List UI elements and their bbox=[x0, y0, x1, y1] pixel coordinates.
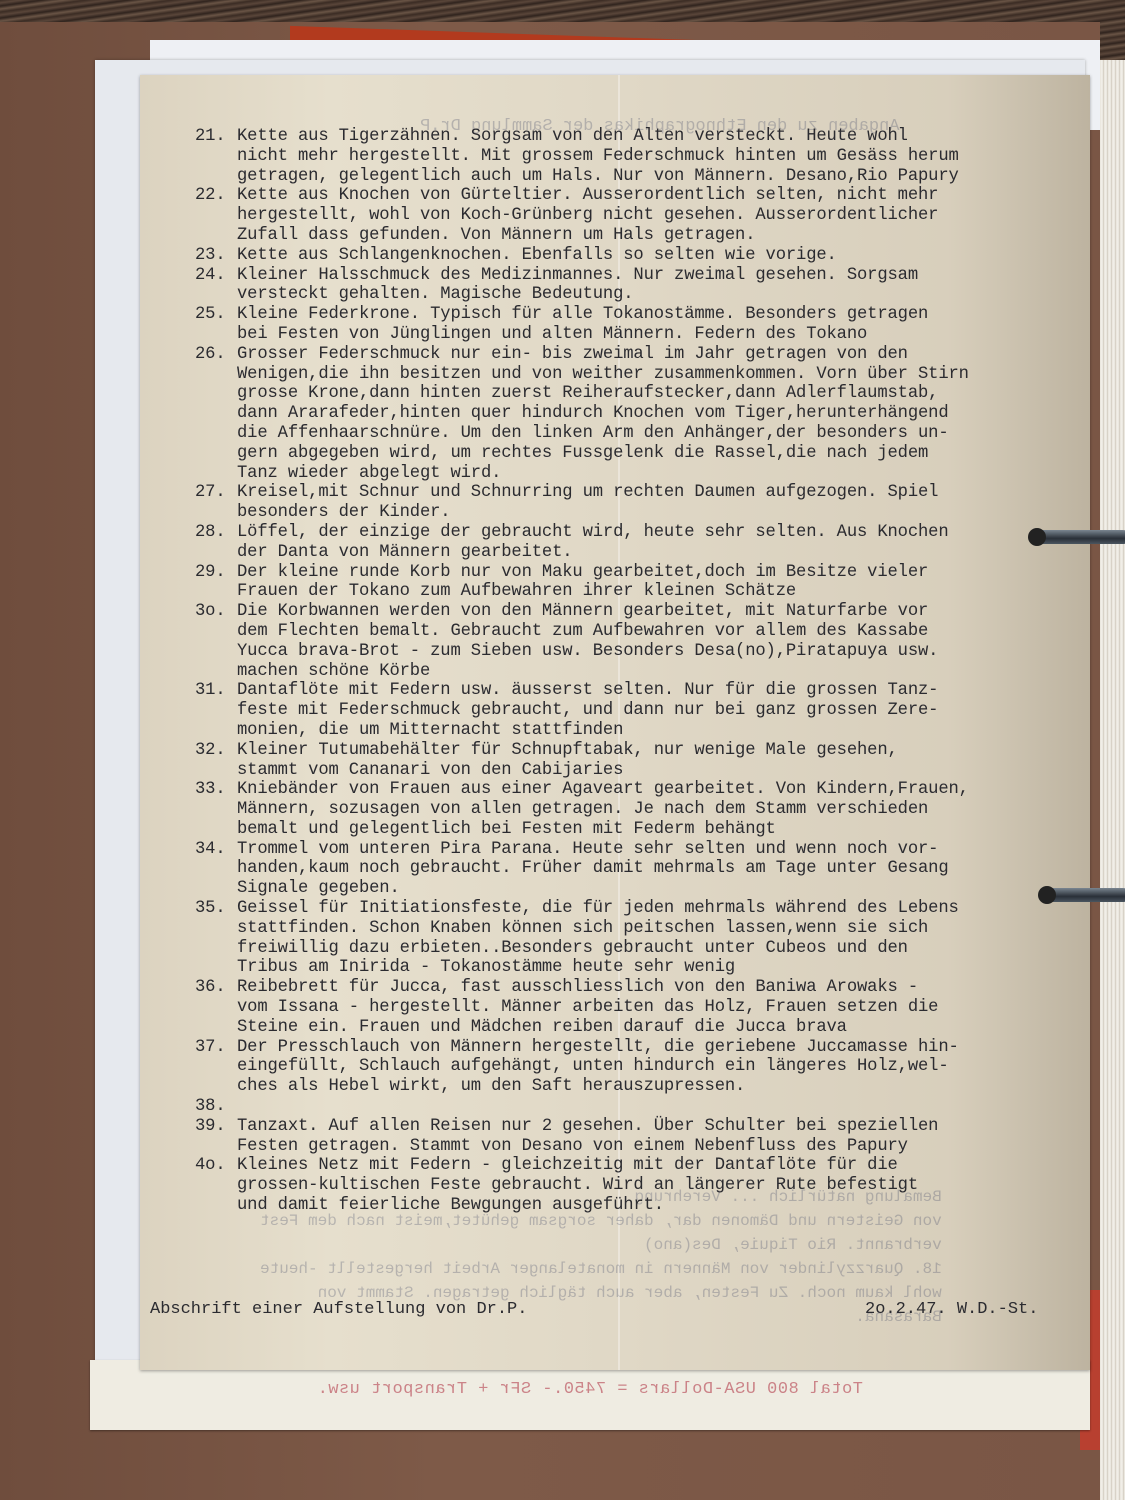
entry-number: 34. bbox=[195, 840, 237, 899]
entry-line: Kleiner Halsschmuck des Medizinmannes. N… bbox=[237, 266, 1095, 286]
entry-line: Geissel für Initiationsfeste, die für je… bbox=[237, 899, 1095, 919]
entry-line: Tribus am Inirida - Tokanostämme heute s… bbox=[237, 958, 1095, 978]
list-item: 4o.Kleines Netz mit Federn - gleichzeiti… bbox=[195, 1156, 1095, 1215]
entry-line: Kleiner Tutumabehälter für Schnupftabak,… bbox=[237, 741, 1095, 761]
entry-line: der Danta von Männern gearbeitet. bbox=[237, 543, 1095, 563]
entry-line: Kette aus Schlangenknochen. Ebenfalls so… bbox=[237, 246, 1095, 266]
entry-line: Steine ein. Frauen und Mädchen reiben da… bbox=[237, 1018, 1095, 1038]
list-item: 28.Löffel, der einzige der gebraucht wir… bbox=[195, 523, 1095, 563]
stacked-page-edges bbox=[1100, 60, 1125, 1500]
list-item: 36.Reibebrett für Jucca, fast ausschlies… bbox=[195, 978, 1095, 1037]
list-item: 34.Trommel vom unteren Pira Parana. Heut… bbox=[195, 840, 1095, 899]
entry-number: 37. bbox=[195, 1038, 237, 1097]
entry-number: 36. bbox=[195, 978, 237, 1037]
entry-line: dann Ararafeder,hinten quer hindurch Kno… bbox=[237, 404, 1095, 424]
entry-line: Männern, sozusagen von allen getragen. J… bbox=[237, 800, 1095, 820]
entry-number: 39. bbox=[195, 1117, 237, 1157]
list-item: 21.Kette aus Tigerzähnen. Sorgsam von de… bbox=[195, 127, 1095, 186]
list-item: 35.Geissel für Initiationsfeste, die für… bbox=[195, 899, 1095, 978]
entry-line: dem Flechten bemalt. Gebraucht zum Aufbe… bbox=[237, 622, 1095, 642]
entry-number: 4o. bbox=[195, 1156, 237, 1215]
entry-line: Wenigen,die ihn besitzen und von weither… bbox=[237, 365, 1095, 385]
list-item: 3o.Die Korbwannen werden von den Männern… bbox=[195, 602, 1095, 681]
entry-number: 3o. bbox=[195, 602, 237, 681]
entry-number: 22. bbox=[195, 186, 237, 245]
entry-number: 27. bbox=[195, 483, 237, 523]
list-item: 29.Der kleine runde Korb nur von Maku ge… bbox=[195, 563, 1095, 603]
entry-number: 21. bbox=[195, 127, 237, 186]
list-item: 37.Der Presschlauch von Männern hergeste… bbox=[195, 1038, 1095, 1097]
entry-line: Der Presschlauch von Männern hergestellt… bbox=[237, 1038, 1095, 1058]
list-item: 31.Dantaflöte mit Federn usw. äusserst s… bbox=[195, 681, 1095, 740]
list-item: 24.Kleiner Halsschmuck des Medizinmannes… bbox=[195, 266, 1095, 306]
entry-number: 33. bbox=[195, 780, 237, 839]
entry-line: Der kleine runde Korb nur von Maku gearb… bbox=[237, 563, 1095, 583]
list-item: 22.Kette aus Knochen von Gürteltier. Aus… bbox=[195, 186, 1095, 245]
entry-number: 23. bbox=[195, 246, 237, 266]
entry-number: 35. bbox=[195, 899, 237, 978]
entry-line: Die Korbwannen werden von den Männern ge… bbox=[237, 602, 1095, 622]
entry-line: handen,kaum noch gebraucht. Früher damit… bbox=[237, 859, 1095, 879]
entry-line: Kette aus Tigerzähnen. Sorgsam von den A… bbox=[237, 127, 1095, 147]
punch-hole-upper bbox=[1028, 528, 1046, 546]
entry-number: 24. bbox=[195, 266, 237, 306]
list-item: 39.Tanzaxt. Auf allen Reisen nur 2 geseh… bbox=[195, 1117, 1095, 1157]
list-item: 27.Kreisel,mit Schnur und Schnurring um … bbox=[195, 483, 1095, 523]
entry-line: besonders der Kinder. bbox=[237, 503, 1095, 523]
entry-line: Festen getragen. Stammt von Desano von e… bbox=[237, 1137, 1095, 1157]
entry-line: Trommel vom unteren Pira Parana. Heute s… bbox=[237, 840, 1095, 860]
punch-hole-lower bbox=[1038, 886, 1056, 904]
entry-line: nicht mehr hergestellt. Mit grossem Fede… bbox=[237, 147, 1095, 167]
mirrored-total-line: Total 800 USA-Dollars = 7450.- SFr + Tra… bbox=[90, 1380, 1090, 1399]
entry-line: und damit feierliche Bewgungen ausgeführ… bbox=[237, 1196, 1095, 1216]
entry-line: Löffel, der einzige der gebraucht wird, … bbox=[237, 523, 1095, 543]
entry-list: 21.Kette aus Tigerzähnen. Sorgsam von de… bbox=[195, 127, 1095, 1216]
entry-line: bei Festen von Jünglingen und alten Männ… bbox=[237, 325, 1095, 345]
entry-line: Kette aus Knochen von Gürteltier. Ausser… bbox=[237, 186, 1095, 206]
entry-number: 31. bbox=[195, 681, 237, 740]
footer-attribution: Abschrift einer Aufstellung von Dr.P. bbox=[150, 1300, 527, 1319]
footer-date: 2o.2.47. W.D.-St. bbox=[865, 1300, 1038, 1319]
entry-line: Dantaflöte mit Federn usw. äusserst selt… bbox=[237, 681, 1095, 701]
entry-line: freiwillig dazu erbieten..Besonders gebr… bbox=[237, 939, 1095, 959]
entry-line: Signale gegeben. bbox=[237, 879, 1095, 899]
entry-line: Yucca brava-Brot - zum Sieben usw. Beson… bbox=[237, 642, 1095, 662]
entry-line: Grosser Federschmuck nur ein- bis zweima… bbox=[237, 345, 1095, 365]
entry-line: versteckt gehalten. Magische Bedeutung. bbox=[237, 285, 1095, 305]
entry-line bbox=[237, 1097, 1095, 1117]
entry-line: Reibebrett für Jucca, fast ausschliessli… bbox=[237, 978, 1095, 998]
entry-number: 25. bbox=[195, 305, 237, 345]
entry-line: bemalt und gelegentlich bei Festen mit F… bbox=[237, 820, 1095, 840]
entry-line: Kniebänder von Frauen aus einer Agaveart… bbox=[237, 780, 1095, 800]
typewritten-page: Angaben zu den Ethnographikas der Sammlu… bbox=[140, 75, 1090, 1370]
entry-line: Tanz wieder abgelegt wird. bbox=[237, 464, 1095, 484]
entry-line: Frauen der Tokano zum Aufbewahren ihrer … bbox=[237, 582, 1095, 602]
entry-line: stammt vom Cananari von den Cabijaries bbox=[237, 761, 1095, 781]
entry-line: gern abgegeben wird, um rechtes Fussgele… bbox=[237, 444, 1095, 464]
entry-line: vom Issana - hergestellt. Männer arbeite… bbox=[237, 998, 1095, 1018]
list-item: 26.Grosser Federschmuck nur ein- bis zwe… bbox=[195, 345, 1095, 484]
underlying-sheet-bottom: Total 800 USA-Dollars = 7450.- SFr + Tra… bbox=[90, 1360, 1090, 1430]
entry-line: ches als Hebel wirkt, um den Saft heraus… bbox=[237, 1077, 1095, 1097]
entry-line: Tanzaxt. Auf allen Reisen nur 2 gesehen.… bbox=[237, 1117, 1095, 1137]
entry-line: die Affenhaarschnüre. Um den linken Arm … bbox=[237, 424, 1095, 444]
entry-line: machen schöne Körbe bbox=[237, 662, 1095, 682]
list-item: 25.Kleine Federkrone. Typisch für alle T… bbox=[195, 305, 1095, 345]
list-item: 32.Kleiner Tutumabehälter für Schnupftab… bbox=[195, 741, 1095, 781]
entry-line: Kreisel,mit Schnur und Schnurring um rec… bbox=[237, 483, 1095, 503]
entry-line: Kleine Federkrone. Typisch für alle Toka… bbox=[237, 305, 1095, 325]
entry-line: Zufall dass gefunden. Von Männern um Hal… bbox=[237, 226, 1095, 246]
list-item: 23.Kette aus Schlangenknochen. Ebenfalls… bbox=[195, 246, 1095, 266]
entry-line: eingefüllt, Schlauch aufgehängt, unten h… bbox=[237, 1057, 1095, 1077]
entry-line: feste mit Federschmuck gebraucht, und da… bbox=[237, 701, 1095, 721]
entry-number: 28. bbox=[195, 523, 237, 563]
entry-line: monien, die um Mitternacht stattfinden bbox=[237, 721, 1095, 741]
list-item: 38. bbox=[195, 1097, 1095, 1117]
list-item: 33.Kniebänder von Frauen aus einer Agave… bbox=[195, 780, 1095, 839]
entry-number: 32. bbox=[195, 741, 237, 781]
entry-line: stattfinden. Schon Knaben können sich pe… bbox=[237, 919, 1095, 939]
entry-number: 26. bbox=[195, 345, 237, 484]
entry-line: grossen-kultischen Feste gebraucht. Wird… bbox=[237, 1176, 1095, 1196]
entry-line: grosse Krone,dann hinten zuerst Reiherau… bbox=[237, 384, 1095, 404]
entry-line: getragen, gelegentlich auch um Hals. Nur… bbox=[237, 167, 1095, 187]
entry-number: 29. bbox=[195, 563, 237, 603]
entry-line: hergestellt, wohl von Koch-Grünberg nich… bbox=[237, 206, 1095, 226]
entry-line: Kleines Netz mit Federn - gleichzeitig m… bbox=[237, 1156, 1095, 1176]
entry-number: 38. bbox=[195, 1097, 237, 1117]
